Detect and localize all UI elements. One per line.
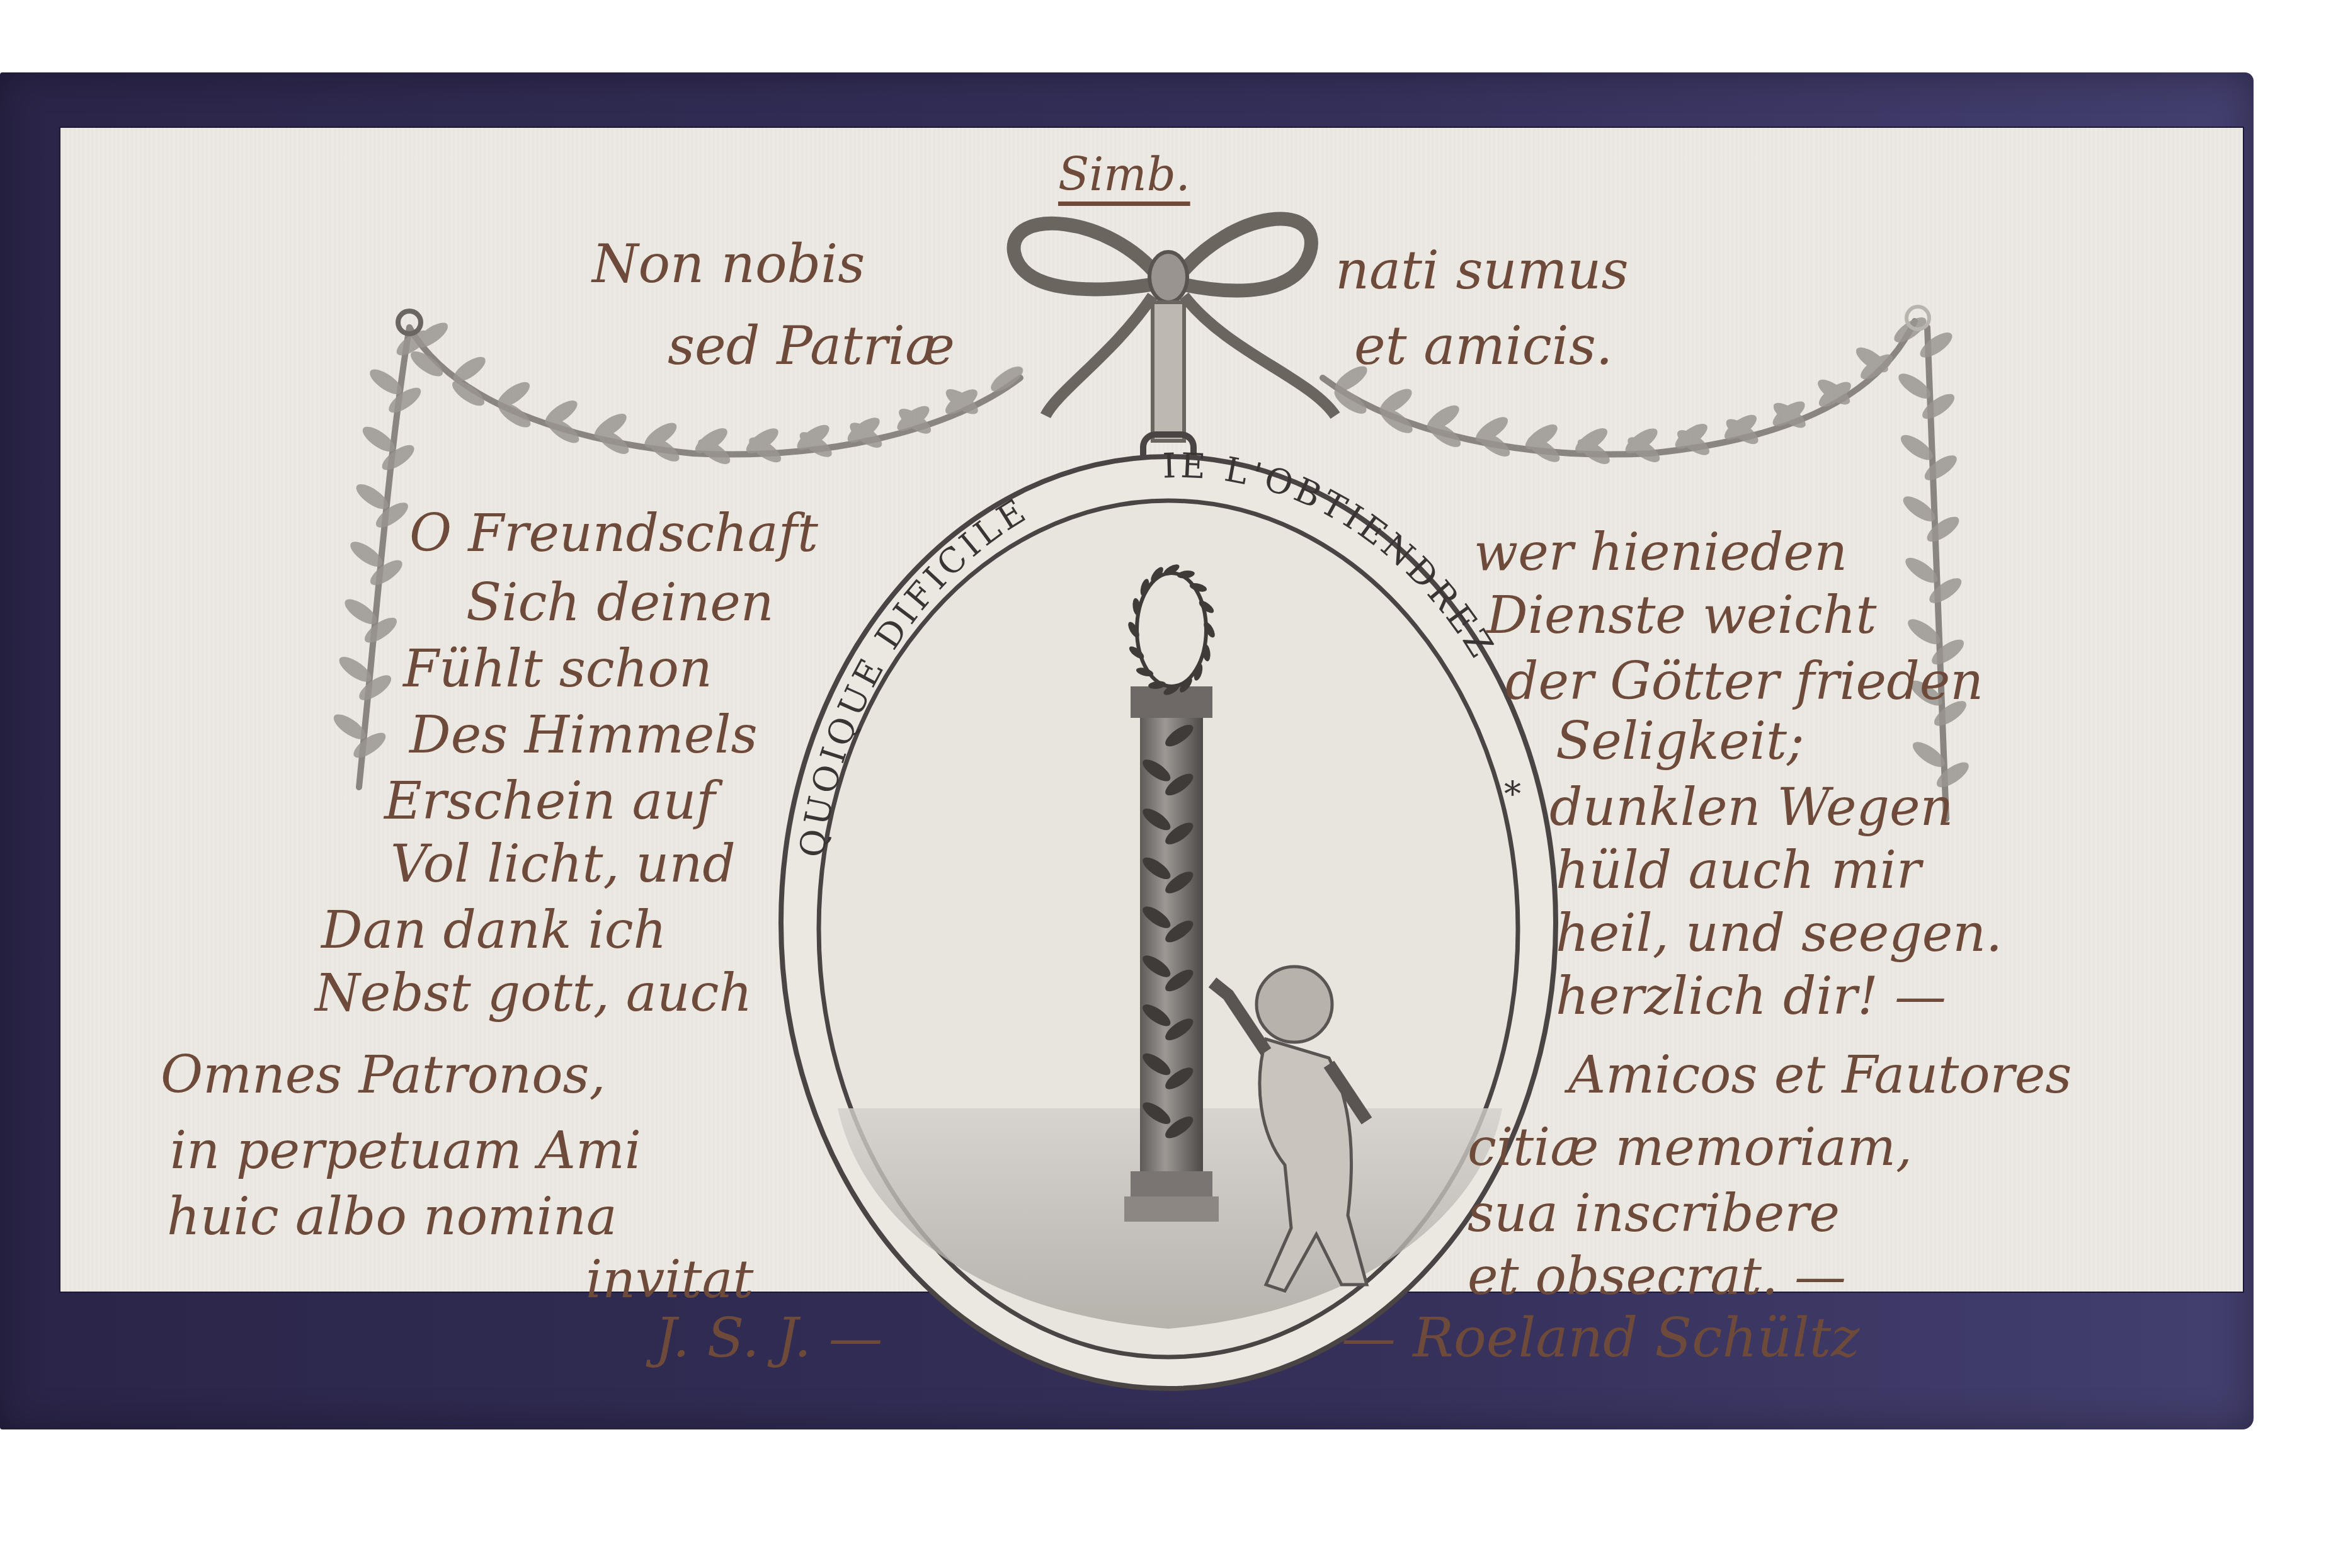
dedication-left-line: Omnes Patronos, [161, 1045, 606, 1105]
poem-left-line: Nebst gott, auch [315, 963, 752, 1023]
motto-heading: Simb. [1058, 148, 1190, 201]
poem-left-line: Sich deinen [466, 573, 774, 633]
dedication-right-line: sua inscribere [1468, 1184, 1840, 1244]
signature-right: — Roeland Schültz [1342, 1307, 1860, 1370]
poem-right-line: der Götter frieden [1505, 652, 1983, 712]
poem-right-line: wer hienieden [1474, 523, 1847, 582]
poem-right-line: heil, und seegen. [1556, 904, 2002, 963]
poem-left-line: Erschein auf [384, 771, 715, 831]
poem-left-line: Dan dank ich [321, 900, 666, 960]
motto-right-line-1: nati sumus [1335, 239, 1629, 301]
dedication-left-line: in perpetuam Ami [170, 1121, 641, 1181]
poem-right-line: Dienste weicht [1486, 586, 1877, 645]
poem-left-line: O Freundschaft [409, 504, 818, 564]
poem-left-line: Fühlt schon [403, 639, 712, 699]
poem-right-line: dunklen Wegen [1549, 778, 1953, 838]
poem-left-line: Des Himmels [409, 705, 758, 765]
dedication-right-line: citiæ memoriam, [1468, 1118, 1912, 1178]
motto-left-line-1: Non nobis [592, 233, 865, 295]
signature-left: J. S. J. — [655, 1307, 882, 1370]
poem-left-line: Vol licht, und [390, 834, 736, 894]
poem-right-line: Seligkeit; [1556, 712, 1804, 771]
dedication-left-line: invitat [586, 1250, 753, 1310]
poem-right-line: hüld auch mir [1556, 841, 1921, 900]
dedication-right-line: Amicos et Fautores [1568, 1045, 2072, 1105]
dedication-right-line: et obsecrat. — [1468, 1247, 1846, 1307]
dedication-left-line: huic albo nomina [167, 1187, 617, 1247]
motto-left-line-2: sed Patriæ [668, 315, 955, 377]
motto-right-line-2: et amicis. [1354, 315, 1612, 377]
poem-right-line: herzlich dir! — [1556, 967, 1946, 1026]
